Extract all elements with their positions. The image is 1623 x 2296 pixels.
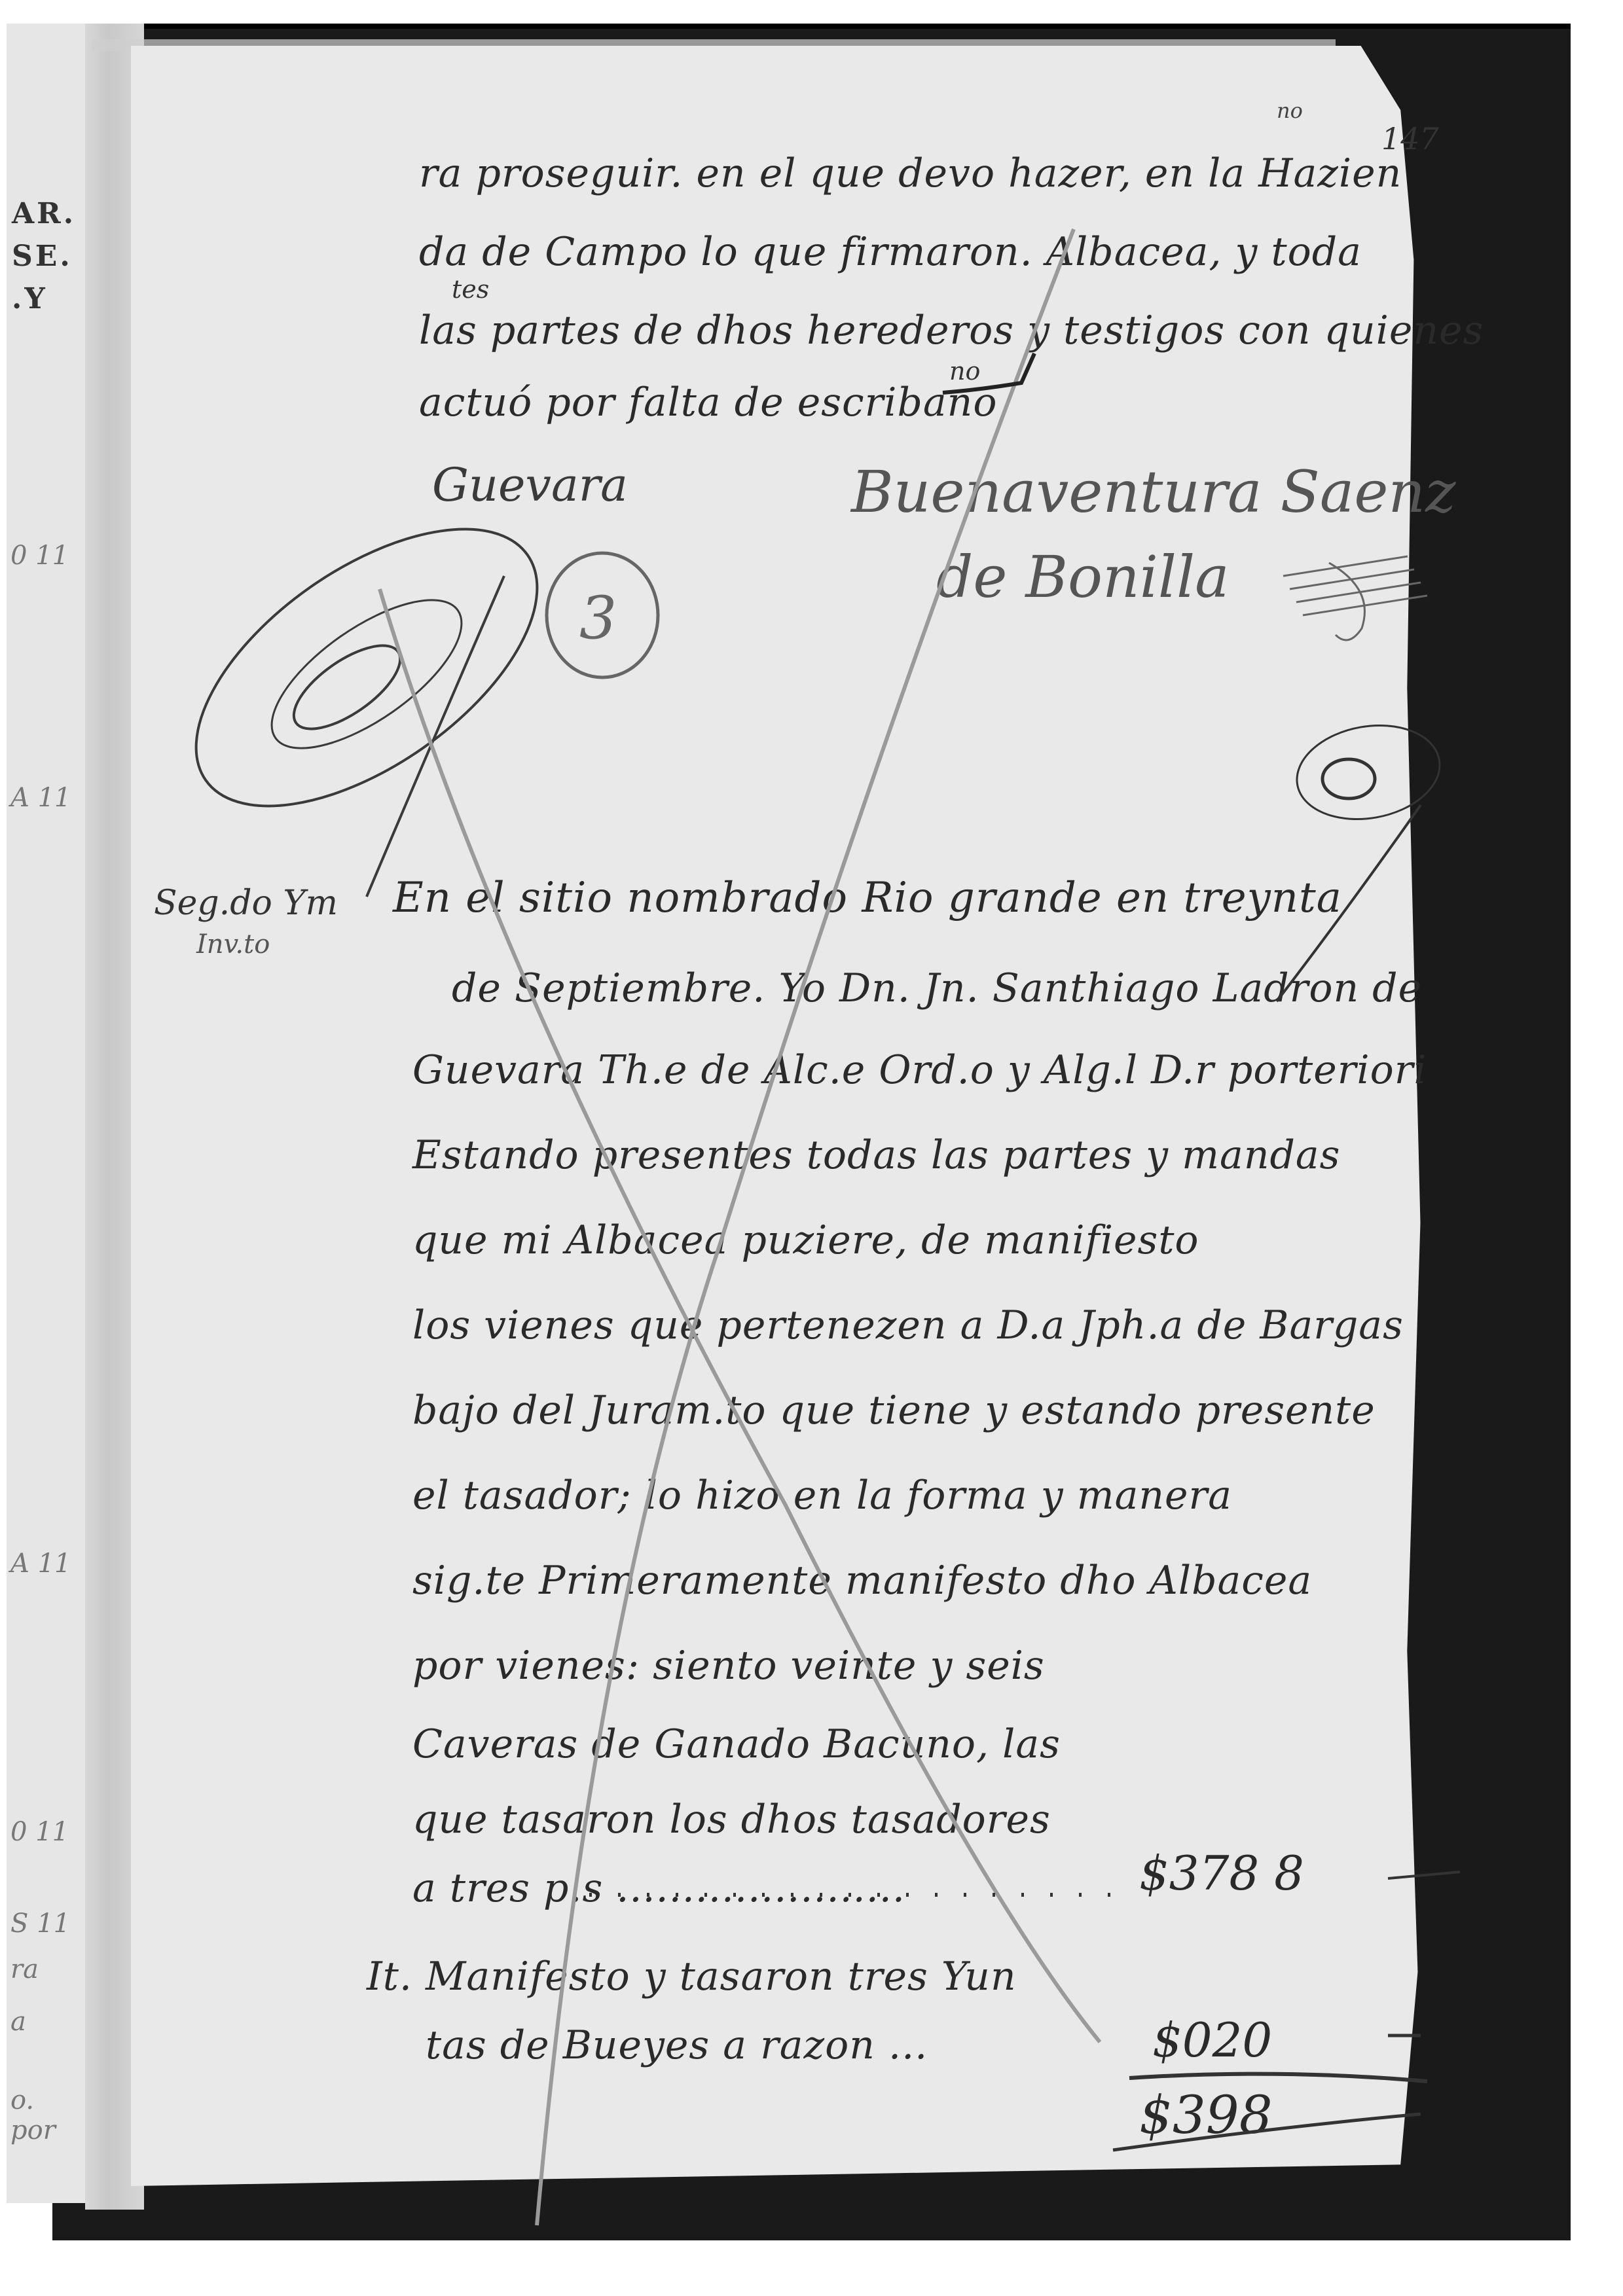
adjacent-margin-note: A 11 (10, 783, 71, 813)
superscript-no: no (949, 357, 980, 386)
margin-annotation-line-1: Seg.do Ym (154, 884, 338, 923)
archive-stamp-line-1: AR. (12, 197, 76, 230)
margin-annotation-line-2: Inv.to (196, 929, 270, 960)
amount-oxen: $020 (1152, 2013, 1272, 2068)
main-text-line-11: Caveras de Ganado Bacuno, las (412, 1721, 1061, 1767)
adjacent-page-strip: AR. SE. .Y 0 11 A 11 A 11 0 11 S 11 ra a… (7, 24, 85, 2203)
main-text-line-8: el tasador; lo hizo en la forma y manera (412, 1473, 1232, 1518)
scan-border-top (52, 24, 1571, 29)
adjacent-margin-note: 0 11 (10, 1817, 69, 1847)
main-text-line-6: los vienes que pertenezen a D.a Jph.a de… (412, 1302, 1404, 1348)
main-text-line-7: bajo del Juram.to que tiene y estando pr… (412, 1388, 1376, 1433)
upper-text-line-1: ra proseguir. en el que devo hazer, en l… (419, 151, 1402, 196)
main-text-line-1: En el sitio nombrado Rio grande en treyn… (393, 874, 1342, 922)
adjacent-margin-note: o. por (10, 2085, 85, 2145)
adjacent-margin-note: 0 11 (10, 541, 69, 571)
amount-cattle: $378 8 (1139, 1846, 1304, 1901)
upper-text-line-3: las partes de dhos herederos y testigos … (419, 308, 1484, 353)
upper-text-line-4: actuó por falta de escribano (419, 380, 997, 425)
main-text-line-4: Estando presentes todas las partes y man… (412, 1132, 1340, 1178)
amount-total: $398 (1139, 2085, 1273, 2145)
signature-guevara: Guevara (432, 458, 628, 512)
archive-stamp-line-3: .Y (12, 282, 48, 315)
main-text-line-3: Guevara Th.e de Alc.e Ord.o y Alg.l D.r … (412, 1047, 1427, 1093)
signature-saenz-line-1: Buenaventura Saenz (851, 458, 1455, 526)
adjacent-margin-note: ra (10, 1954, 39, 1984)
top-note: no (1277, 98, 1303, 123)
archive-stamp-line-2: SE. (12, 240, 73, 273)
signature-saenz-line-2: de Bonilla (936, 543, 1230, 611)
main-text-line-9: sig.te Primeramente manifesto dho Albace… (412, 1558, 1312, 1604)
item-2-line-2: tas de Bueyes a razon ... (426, 2022, 928, 2068)
main-text-line-13: a tres p.s ...................... (412, 1865, 905, 1911)
adjacent-margin-note: a (10, 2007, 26, 2037)
item-2-line-1: It. Manifesto y tasaron tres Yun (367, 1954, 1017, 2000)
main-text-line-12: que tasaron los dhos tasadores (412, 1797, 1051, 1842)
adjacent-margin-note: A 11 (10, 1549, 71, 1579)
main-text-line-5: que mi Albacea puziere, de manifiesto (412, 1217, 1199, 1263)
superscript-tes: tes (452, 275, 489, 304)
upper-text-line-2: da de Campo lo que firmaron. Albacea, y … (419, 229, 1362, 275)
adjacent-margin-note: S 11 (10, 1909, 70, 1939)
main-text-line-2: de Septiembre. Yo Dn. Jn. Santhiago Ladr… (452, 965, 1422, 1011)
main-text-line-10: por vienes: siento veinte y seis (412, 1643, 1045, 1689)
